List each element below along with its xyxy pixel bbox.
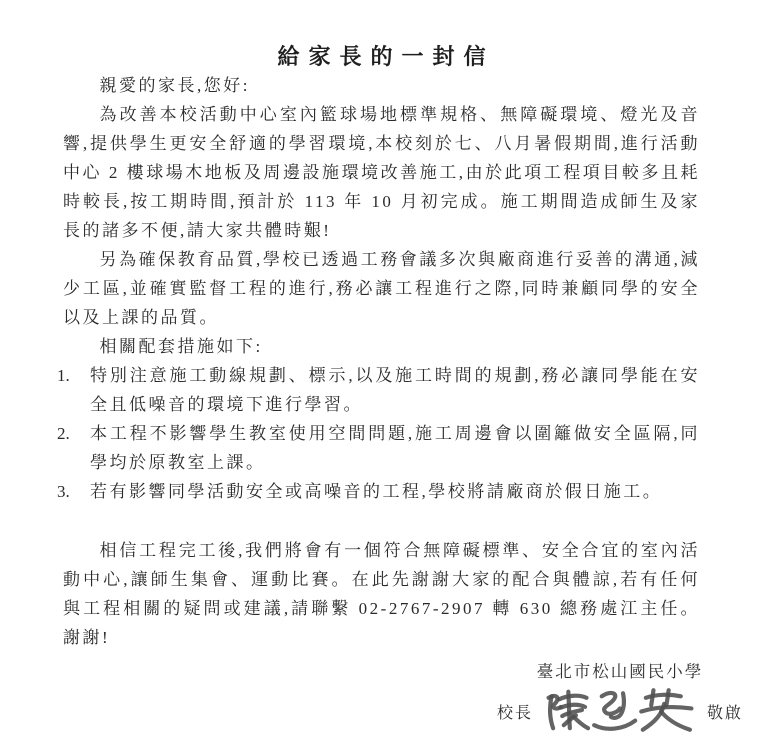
paragraph-construction-notice: 為改善本校活動中心室內籃球場地標準規格、無障礙環境、燈光及音響,提供學生更安全舒… — [63, 100, 700, 245]
principal-signature-handwriting — [544, 683, 696, 740]
parent-letter-page: 給家長的一封信 親愛的家長,您好: 為改善本校活動中心室內籃球場地標準規格、無障… — [0, 0, 757, 752]
list-marker: 2. — [57, 419, 90, 448]
list-item-text: 特別注意施工動線規劃、標示,以及施工時間的規劃,務必讓同學能在安全且低噪音的環境… — [90, 361, 700, 419]
letter-title: 給家長的一封信 — [63, 40, 700, 71]
signature-row: 校長 — [497, 683, 743, 740]
closing-paragraph: 相信工程完工後,我們將會有一個符合無障礙標準、安全合宜的室內活動中心,讓師生集會… — [63, 536, 700, 652]
letter-body: 親愛的家長,您好: 為改善本校活動中心室內籃球場地標準規格、無障礙環境、燈光及音… — [63, 71, 700, 652]
list-item-text: 本工程不影響學生教室使用空間問題,施工周邊會以圍籬做安全區隔,同學均於原教室上課… — [90, 419, 700, 477]
list-marker: 3. — [57, 477, 90, 506]
school-name: 臺北市松山國民小學 — [497, 658, 743, 682]
list-item-2: 2. 本工程不影響學生教室使用空間問題,施工周邊會以圍籬做安全區隔,同學均於原教… — [63, 419, 700, 477]
list-marker: 1. — [57, 361, 90, 390]
paragraph-quality-assurance: 另為確保教育品質,學校已透過工務會議多次與廠商進行妥善的溝通,減少工區,並確實監… — [63, 245, 700, 332]
measures-intro-line: 相關配套措施如下: — [63, 332, 700, 361]
list-item-1: 1. 特別注意施工動線規劃、標示,以及施工時間的規劃,務必讓同學能在安全且低噪音… — [63, 361, 700, 419]
list-item-3: 3. 若有影響同學活動安全或高噪音的工程,學校將請廠商於假日施工。 — [63, 477, 700, 506]
greeting-line: 親愛的家長,您好: — [63, 71, 700, 100]
role-label: 校長 — [497, 700, 533, 723]
salutation-label: 敬啟 — [707, 700, 743, 723]
signature-block: 臺北市松山國民小學 校長 — [497, 658, 743, 740]
measures-list: 1. 特別注意施工動線規劃、標示,以及施工時間的規劃,務必讓同學能在安全且低噪音… — [63, 361, 700, 506]
list-item-text: 若有影響同學活動安全或高噪音的工程,學校將請廠商於假日施工。 — [90, 477, 700, 506]
